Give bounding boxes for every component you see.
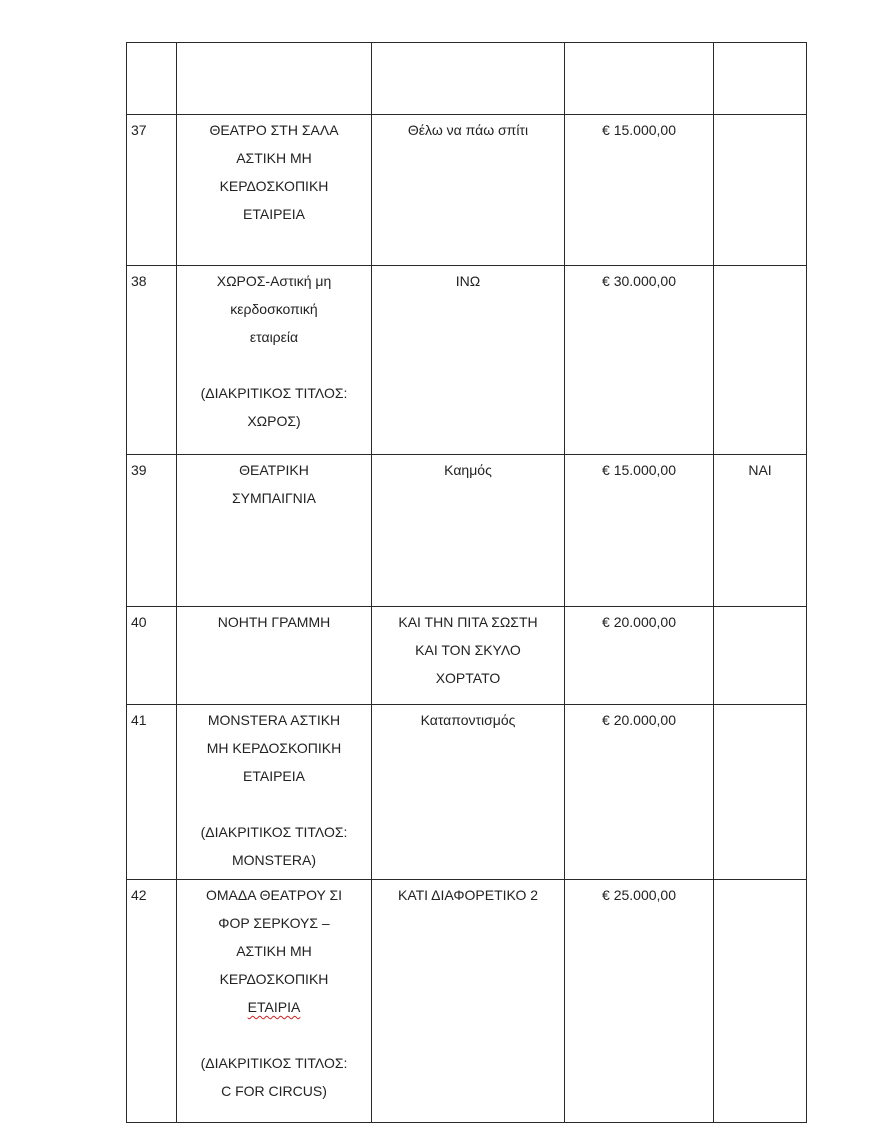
table-row: 38ΧΩΡΟΣ-Αστική μηκερδοσκοπικήεταιρεία (Δ… xyxy=(127,266,807,455)
cell-line: ΦΟΡ ΣΕΡΚΟΥΣ – xyxy=(181,909,367,937)
cell-line xyxy=(181,1021,367,1049)
table-row: 37ΘΕΑΤΡΟ ΣΤΗ ΣΑΛΑΑΣΤΙΚΗ ΜΗΚΕΡΔΟΣΚΟΠΙΚΗΕΤ… xyxy=(127,115,807,266)
cell-line: ΚΑΙ ΤΟΝ ΣΚΥΛΟ xyxy=(376,636,560,664)
cell-line xyxy=(181,790,367,818)
cell-line: ΑΣΤΙΚΗ ΜΗ xyxy=(181,144,367,172)
cell-flag[interactable] xyxy=(714,705,807,880)
cell-flag[interactable]: ΝΑΙ xyxy=(714,455,807,607)
cell-organization[interactable]: ΟΜΑΔΑ ΘΕΑΤΡΟΥ ΣΙΦΟΡ ΣΕΡΚΟΥΣ –ΑΣΤΙΚΗ ΜΗΚΕ… xyxy=(177,880,372,1123)
cell-line: ΕΤΑΙΡΙΑ xyxy=(181,993,367,1021)
cell-title[interactable]: ΙΝΩ xyxy=(372,266,565,455)
cell-flag[interactable] xyxy=(714,607,807,705)
header-cell-organization[interactable] xyxy=(177,43,372,115)
table-header-row xyxy=(127,43,807,115)
cell-number-text: 42 xyxy=(127,880,176,909)
cell-line: εταιρεία xyxy=(181,323,367,351)
cell-amount[interactable]: € 15.000,00 xyxy=(565,455,714,607)
cell-line: ΚΑΙ ΤΗΝ ΠΙΤΑ ΣΩΣΤΗ xyxy=(376,608,560,636)
cell-line: C FOR CIRCUS) xyxy=(181,1077,367,1105)
cell-title[interactable]: Καταποντισμός xyxy=(372,705,565,880)
table-body: 37ΘΕΑΤΡΟ ΣΤΗ ΣΑΛΑΑΣΤΙΚΗ ΜΗΚΕΡΔΟΣΚΟΠΙΚΗΕΤ… xyxy=(127,43,807,1123)
cell-title-text: ΚΑΤΙ ΔΙΑΦΟΡΕΤΙΚΟ 2 xyxy=(372,880,564,909)
cell-line: ΚΕΡΔΟΣΚΟΠΙΚΗ xyxy=(181,172,367,200)
cell-flag-text xyxy=(714,607,806,608)
cell-flag-text: ΝΑΙ xyxy=(714,455,806,484)
cell-organization-text: MONSTERA ΑΣΤΙΚΗΜΗ ΚΕΡΔΟΣΚΟΠΙΚΗΕΤΑΙΡΕΙΑ (… xyxy=(177,705,371,874)
table-row: 41MONSTERA ΑΣΤΙΚΗΜΗ ΚΕΡΔΟΣΚΟΠΙΚΗΕΤΑΙΡΕΙΑ… xyxy=(127,705,807,880)
cell-organization-text: ΧΩΡΟΣ-Αστική μηκερδοσκοπικήεταιρεία (ΔΙΑ… xyxy=(177,266,371,435)
cell-line: ΙΝΩ xyxy=(376,267,560,295)
cell-title-text: Καημός xyxy=(372,455,564,484)
cell-line: κερδοσκοπική xyxy=(181,295,367,323)
table-row: 40ΝΟΗΤΗ ΓΡΑΜΜΗΚΑΙ ΤΗΝ ΠΙΤΑ ΣΩΣΤΗΚΑΙ ΤΟΝ … xyxy=(127,607,807,705)
cell-number[interactable]: 41 xyxy=(127,705,177,880)
cell-number[interactable]: 40 xyxy=(127,607,177,705)
header-cell-amount[interactable] xyxy=(565,43,714,115)
cell-flag[interactable] xyxy=(714,880,807,1123)
cell-title[interactable]: ΚΑΙ ΤΗΝ ΠΙΤΑ ΣΩΣΤΗΚΑΙ ΤΟΝ ΣΚΥΛΟΧΟΡΤΑΤΟ xyxy=(372,607,565,705)
cell-title-text: ΚΑΙ ΤΗΝ ΠΙΤΑ ΣΩΣΤΗΚΑΙ ΤΟΝ ΣΚΥΛΟΧΟΡΤΑΤΟ xyxy=(372,607,564,692)
cell-amount-text: € 15.000,00 xyxy=(565,455,713,484)
cell-title[interactable]: Καημός xyxy=(372,455,565,607)
cell-line: ΘΕΑΤΡΟ ΣΤΗ ΣΑΛΑ xyxy=(181,116,367,144)
grants-table: 37ΘΕΑΤΡΟ ΣΤΗ ΣΑΛΑΑΣΤΙΚΗ ΜΗΚΕΡΔΟΣΚΟΠΙΚΗΕΤ… xyxy=(126,42,807,1123)
header-cell-flag[interactable] xyxy=(714,43,807,115)
cell-line: (ΔΙΑΚΡΙΤΙΚΟΣ ΤΙΤΛΟΣ: xyxy=(181,1049,367,1077)
header-cell-number[interactable] xyxy=(127,43,177,115)
table-row: 42ΟΜΑΔΑ ΘΕΑΤΡΟΥ ΣΙΦΟΡ ΣΕΡΚΟΥΣ –ΑΣΤΙΚΗ ΜΗ… xyxy=(127,880,807,1123)
cell-number-text: 40 xyxy=(127,607,176,636)
cell-number-text: 37 xyxy=(127,115,176,144)
table-row: 39ΘΕΑΤΡΙΚΗΣΥΜΠΑΙΓΝΙΑΚαημός€ 15.000,00ΝΑΙ xyxy=(127,455,807,607)
cell-amount[interactable]: € 30.000,00 xyxy=(565,266,714,455)
cell-flag[interactable] xyxy=(714,266,807,455)
cell-line: ΚΕΡΔΟΣΚΟΠΙΚΗ xyxy=(181,965,367,993)
cell-line: ΣΥΜΠΑΙΓΝΙΑ xyxy=(181,484,367,512)
cell-organization[interactable]: ΧΩΡΟΣ-Αστική μηκερδοσκοπικήεταιρεία (ΔΙΑ… xyxy=(177,266,372,455)
cell-number[interactable]: 39 xyxy=(127,455,177,607)
cell-line: ΧΟΡΤΑΤΟ xyxy=(376,664,560,692)
cell-amount-text: € 20.000,00 xyxy=(565,705,713,734)
cell-line: MONSTERA ΑΣΤΙΚΗ xyxy=(181,706,367,734)
spellcheck-flagged-word[interactable]: ΕΤΑΙΡΙΑ xyxy=(248,999,301,1015)
header-cell-title[interactable] xyxy=(372,43,565,115)
cell-line: ΜΗ ΚΕΡΔΟΣΚΟΠΙΚΗ xyxy=(181,734,367,762)
cell-title-text: ΙΝΩ xyxy=(372,266,564,295)
cell-amount-text: € 25.000,00 xyxy=(565,880,713,909)
cell-line: ΧΩΡΟΣ-Αστική μη xyxy=(181,267,367,295)
cell-number[interactable]: 38 xyxy=(127,266,177,455)
cell-flag-text xyxy=(714,705,806,706)
cell-organization-text: ΟΜΑΔΑ ΘΕΑΤΡΟΥ ΣΙΦΟΡ ΣΕΡΚΟΥΣ –ΑΣΤΙΚΗ ΜΗΚΕ… xyxy=(177,880,371,1105)
cell-amount[interactable]: € 20.000,00 xyxy=(565,705,714,880)
cell-amount[interactable]: € 15.000,00 xyxy=(565,115,714,266)
cell-number-text: 39 xyxy=(127,455,176,484)
cell-organization-text: ΘΕΑΤΡΙΚΗΣΥΜΠΑΙΓΝΙΑ xyxy=(177,455,371,512)
cell-line: ΚΑΤΙ ΔΙΑΦΟΡΕΤΙΚΟ 2 xyxy=(376,881,560,909)
cell-line: ΟΜΑΔΑ ΘΕΑΤΡΟΥ ΣΙ xyxy=(181,881,367,909)
cell-amount[interactable]: € 25.000,00 xyxy=(565,880,714,1123)
cell-line: ΕΤΑΙΡΕΙΑ xyxy=(181,762,367,790)
cell-line: MONSTERA) xyxy=(181,846,367,874)
cell-line: Θέλω να πάω σπίτι xyxy=(376,116,560,144)
cell-flag-text xyxy=(714,266,806,267)
cell-line xyxy=(181,351,367,379)
cell-organization[interactable]: ΘΕΑΤΡΟ ΣΤΗ ΣΑΛΑΑΣΤΙΚΗ ΜΗΚΕΡΔΟΣΚΟΠΙΚΗΕΤΑΙ… xyxy=(177,115,372,266)
cell-title[interactable]: ΚΑΤΙ ΔΙΑΦΟΡΕΤΙΚΟ 2 xyxy=(372,880,565,1123)
cell-line: ΑΣΤΙΚΗ ΜΗ xyxy=(181,937,367,965)
cell-title-text: Καταποντισμός xyxy=(372,705,564,734)
cell-organization-text: ΘΕΑΤΡΟ ΣΤΗ ΣΑΛΑΑΣΤΙΚΗ ΜΗΚΕΡΔΟΣΚΟΠΙΚΗΕΤΑΙ… xyxy=(177,115,371,228)
cell-organization[interactable]: MONSTERA ΑΣΤΙΚΗΜΗ ΚΕΡΔΟΣΚΟΠΙΚΗΕΤΑΙΡΕΙΑ (… xyxy=(177,705,372,880)
cell-organization-text: ΝΟΗΤΗ ΓΡΑΜΜΗ xyxy=(177,607,371,636)
cell-number[interactable]: 37 xyxy=(127,115,177,266)
cell-amount-text: € 30.000,00 xyxy=(565,266,713,295)
cell-amount-text: € 20.000,00 xyxy=(565,607,713,636)
cell-amount-text: € 15.000,00 xyxy=(565,115,713,144)
cell-organization[interactable]: ΝΟΗΤΗ ΓΡΑΜΜΗ xyxy=(177,607,372,705)
cell-line: Καημός xyxy=(376,456,560,484)
cell-title[interactable]: Θέλω να πάω σπίτι xyxy=(372,115,565,266)
cell-organization[interactable]: ΘΕΑΤΡΙΚΗΣΥΜΠΑΙΓΝΙΑ xyxy=(177,455,372,607)
cell-flag[interactable] xyxy=(714,115,807,266)
cell-line: ΝΟΗΤΗ ΓΡΑΜΜΗ xyxy=(181,608,367,636)
cell-amount[interactable]: € 20.000,00 xyxy=(565,607,714,705)
cell-title-text: Θέλω να πάω σπίτι xyxy=(372,115,564,144)
cell-number[interactable]: 42 xyxy=(127,880,177,1123)
cell-flag-text xyxy=(714,115,806,116)
cell-line: Καταποντισμός xyxy=(376,706,560,734)
cell-number-text: 41 xyxy=(127,705,176,734)
cell-line: (ΔΙΑΚΡΙΤΙΚΟΣ ΤΙΤΛΟΣ: xyxy=(181,818,367,846)
cell-flag-text xyxy=(714,880,806,881)
cell-line: ΧΩΡΟΣ) xyxy=(181,407,367,435)
cell-number-text: 38 xyxy=(127,266,176,295)
cell-line: ΕΤΑΙΡΕΙΑ xyxy=(181,200,367,228)
cell-line: ΘΕΑΤΡΙΚΗ xyxy=(181,456,367,484)
cell-line: (ΔΙΑΚΡΙΤΙΚΟΣ ΤΙΤΛΟΣ: xyxy=(181,379,367,407)
